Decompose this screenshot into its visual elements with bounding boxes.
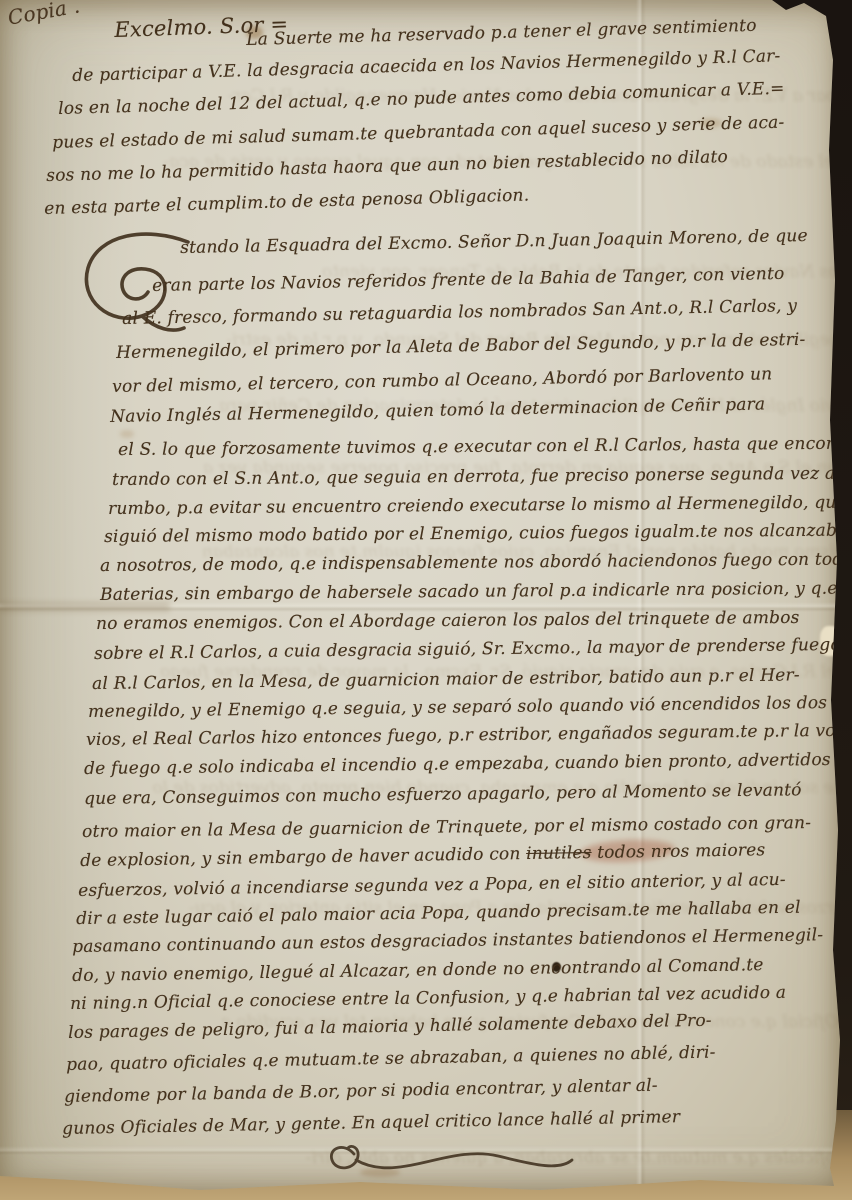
struck-word: inutiles [526,843,592,864]
manuscript-line: el S. lo que forzosamente tuvimos q.e ex… [118,434,843,460]
manuscript-line: sobre el R.l Carlos, a cuia desgracia si… [94,635,841,664]
manuscript-line: pao, quatro oficiales q.e mutuam.te se a… [66,1043,716,1075]
copia-annotation: Copia . [6,0,82,30]
manuscript-line: los en la noche del 12 del actual, q.e n… [58,79,785,119]
line-segment: todos nros maiores [591,840,765,863]
manuscript-line: stando la Esquadra del Excmo. Señor D.n … [180,226,808,258]
manuscript-line: rumbo, p.a evitar su encuentro creiendo … [108,493,847,519]
manuscript-line: otro maior en la Mesa de guarnicion de T… [82,813,811,842]
manuscript-line: pues el estado de mi salud sumam.te queb… [52,113,785,153]
manuscript-line: vios, el Real Carlos hizo entonces fuego… [86,721,845,750]
manuscript-line: ni ning.n Oficial q.e conociese entre la… [70,983,786,1014]
manuscript-line: esfuerzos, volvió a incendiarse segunda … [78,870,786,901]
manuscript-line: gunos Oficiales de Mar, y gente. En aque… [62,1107,680,1139]
manuscript-line: de participar a V.E. la desgracia acaeci… [72,46,781,86]
line-segment: de explosion, y sin embargo de haver acu… [80,844,526,871]
manuscript-line: giendome por la banda de B.or, por si po… [64,1076,658,1107]
manuscript-line: do, y navio enemigo, llegué al Alcazar, … [72,955,764,986]
manuscript-line: al E. fresco, formando su retaguardia lo… [122,296,797,329]
scanned-manuscript-page: de participar a V.E. la desgracia acaeci… [0,0,852,1200]
paper-sheet: de participar a V.E. la desgracia acaeci… [0,0,852,1200]
manuscript-line: de explosion, y sin embargo de haver acu… [80,840,766,871]
manuscript-line: menegildo, y el Enemigo q.e seguia, y se… [88,693,852,722]
manuscript-line: pasamano continuando aun estos desgracia… [72,925,823,957]
manuscript-line: La Suerte me ha reservado p.a tener el g… [246,16,757,50]
manuscript-line: de fuego q.e solo indicaba el incendio q… [84,749,852,779]
manuscript-line: vor del mismo, el tercero, con rumbo al … [112,364,772,397]
manuscript-line: en esta parte el cumplim.to de esta peno… [44,185,530,219]
foxing-spot [120,430,134,438]
